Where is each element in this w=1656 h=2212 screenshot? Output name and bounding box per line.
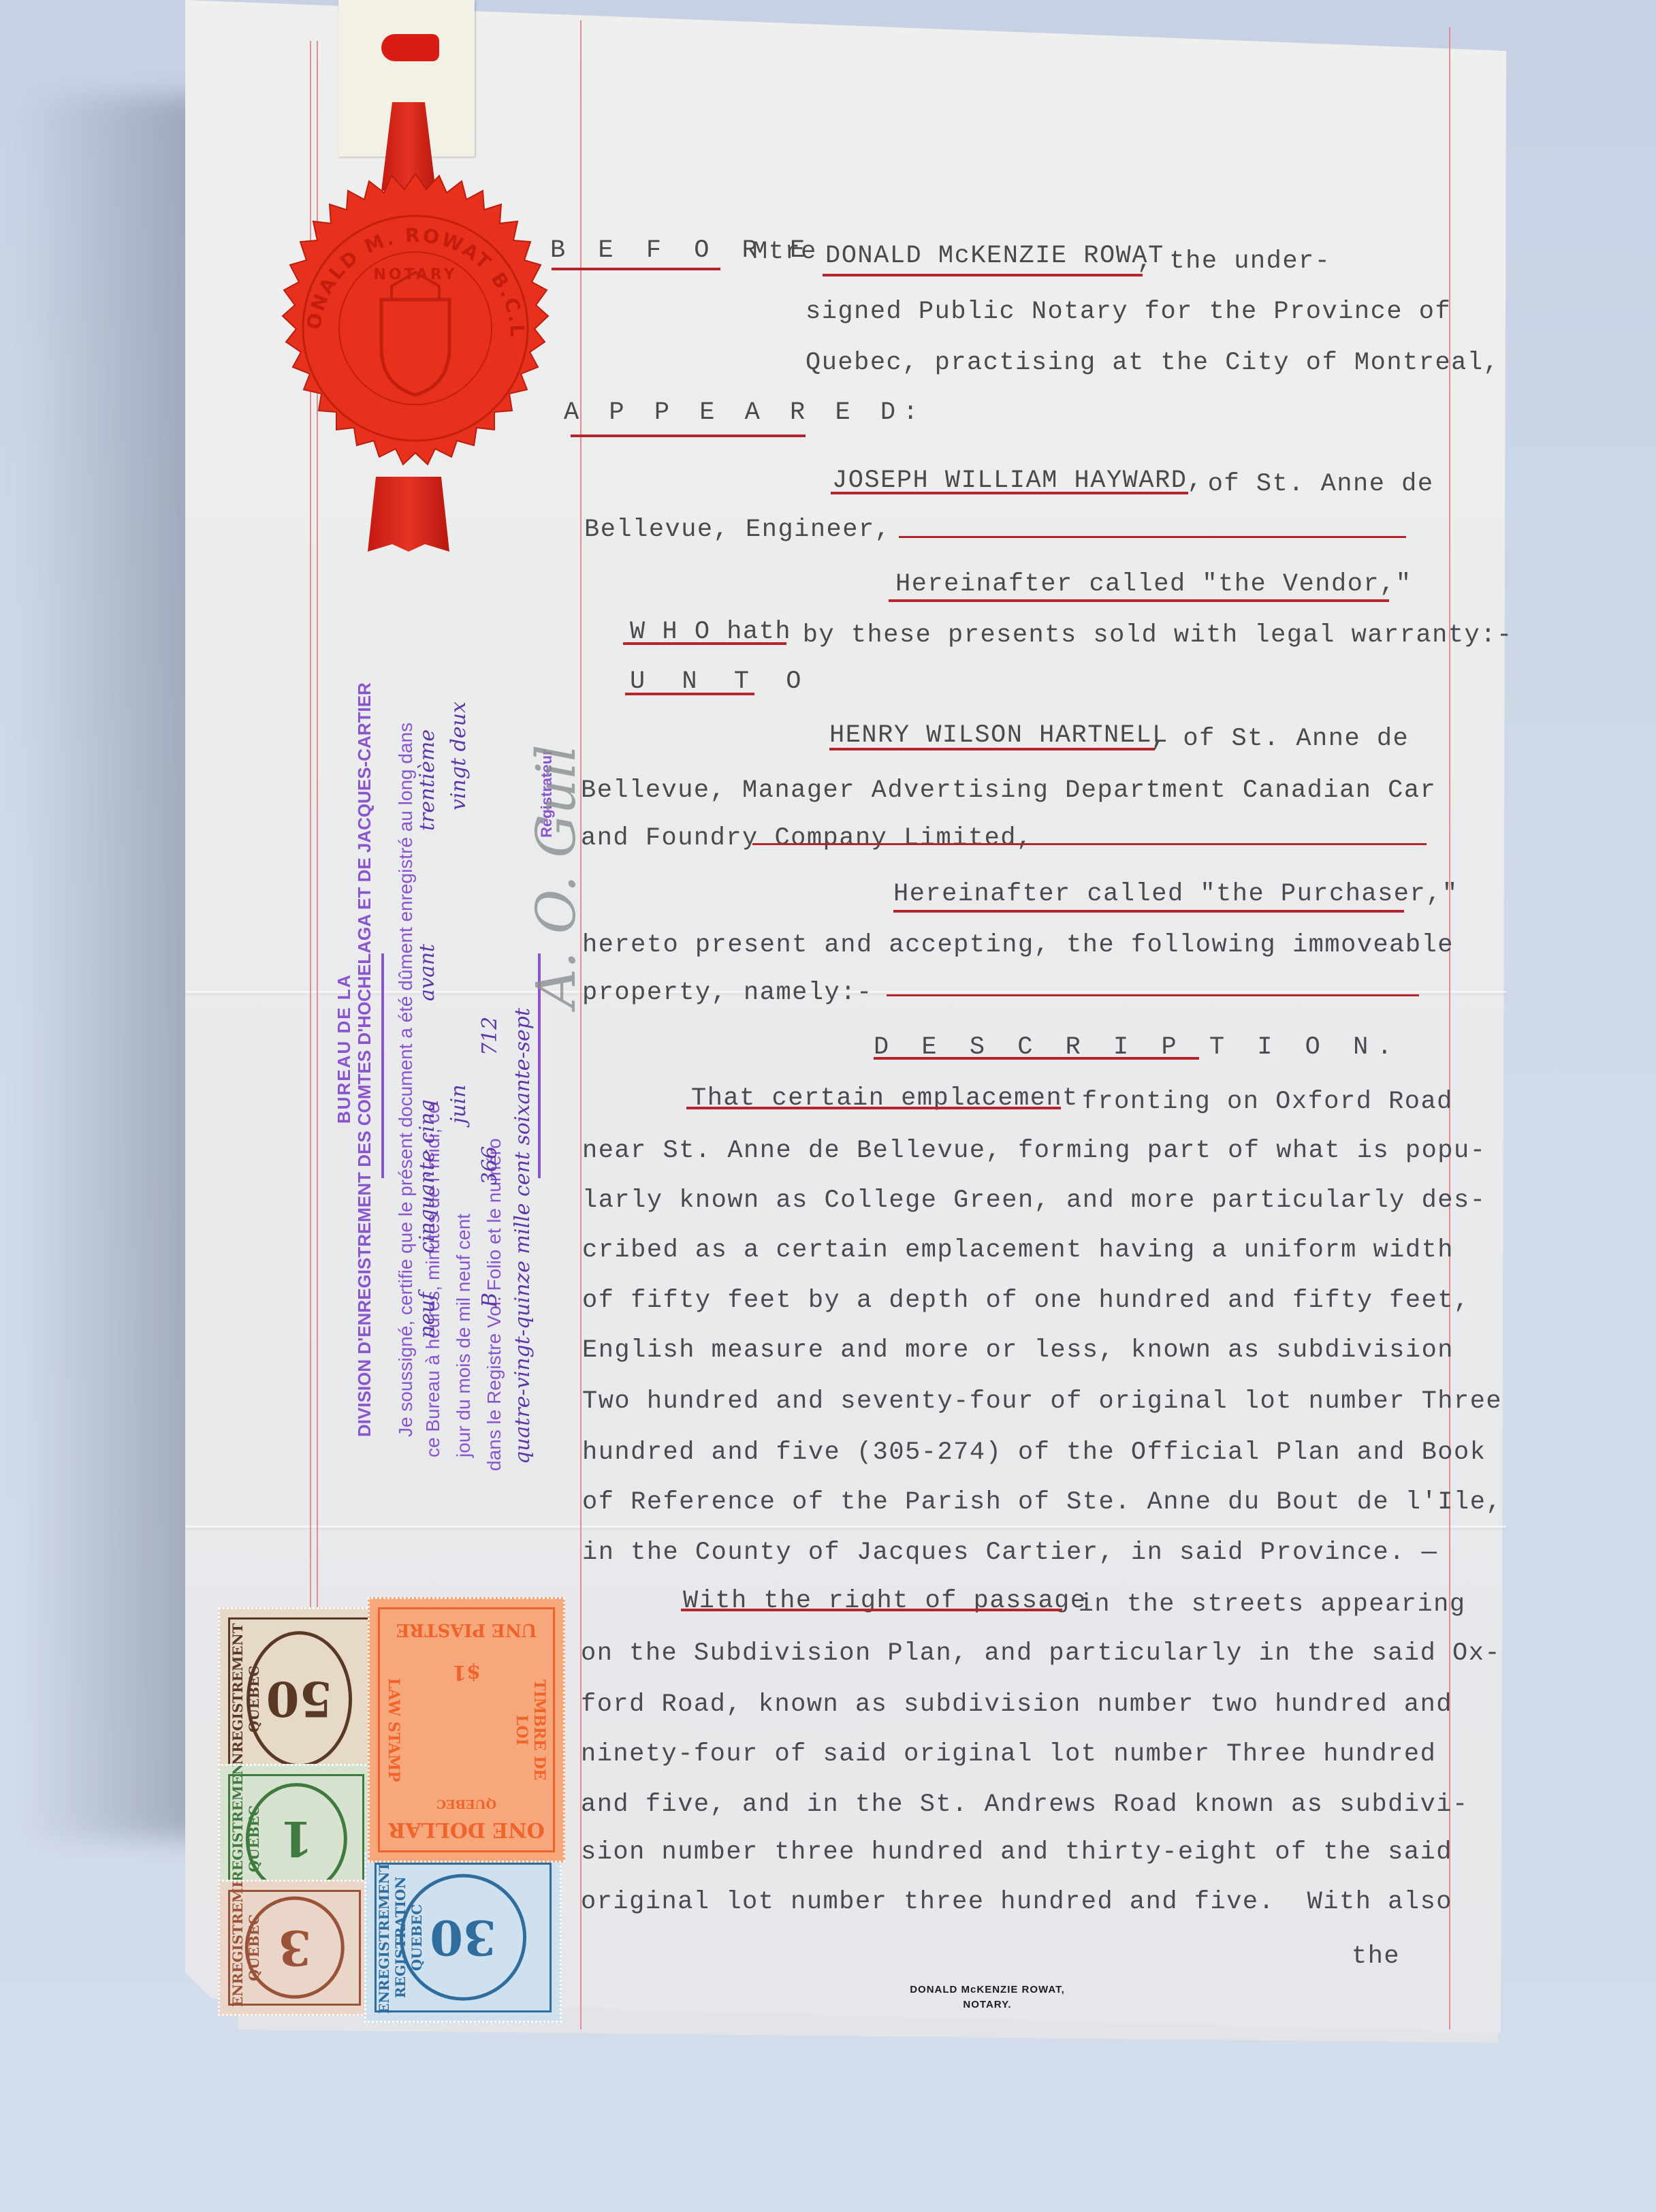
desc-line: fronting on Oxford Road bbox=[1066, 1090, 1453, 1115]
who-label: W H O hath bbox=[630, 620, 791, 645]
hand-minutes: cinquante cinq bbox=[415, 1099, 439, 1253]
purchaser-called: Hereinafter called "the Purchaser," bbox=[893, 882, 1459, 907]
catchword: the bbox=[1352, 1944, 1400, 1970]
registry-date-line: jour du mois de mil neuf cent bbox=[453, 1214, 475, 1457]
description-underline bbox=[874, 1057, 1199, 1060]
purchaser-name-underline bbox=[829, 748, 1155, 750]
vendor-line2: Bellevue, Engineer, bbox=[584, 518, 891, 543]
notary-prefix: Mtre bbox=[752, 240, 817, 265]
registry-cert-line: Je soussigné, certifie que le présent do… bbox=[395, 723, 417, 1437]
desc-line: cribed as a certain emplacement having a… bbox=[582, 1238, 1454, 1263]
desc-line: Two hundred and seventy-four of original… bbox=[582, 1389, 1502, 1415]
stamp-rule bbox=[381, 953, 384, 1178]
hand-register: B bbox=[478, 1293, 502, 1308]
vendor-rest: of St. Anne de bbox=[1192, 472, 1434, 497]
purchaser-rest: , of St. Anne de bbox=[1151, 727, 1409, 752]
revenue-stamp-30c: ENREGISTREMENT REGISTRATION QUEBEC 30 bbox=[364, 1852, 562, 2023]
before-underline bbox=[552, 268, 720, 270]
passage-line: ford Road, known as subdivision number t… bbox=[581, 1692, 1452, 1718]
svg-text:NOTARY: NOTARY bbox=[373, 266, 457, 283]
accept-line1: hereto present and accepting, the follow… bbox=[582, 933, 1454, 958]
purchaser-called-underline bbox=[893, 910, 1404, 913]
vendor-name: JOSEPH WILLIAM HAYWARD, bbox=[832, 469, 1203, 494]
vendor-called-underline bbox=[889, 599, 1389, 602]
registrar-pencil-signature: A. O. Guil bbox=[524, 744, 588, 1008]
revenue-stamp-3c: ENREGISTREMENT QUEBEC 3 bbox=[218, 1880, 371, 2016]
desc-line: in the County of Jacques Cartier, in sai… bbox=[582, 1540, 1437, 1566]
passage-line: sion number three hundred and thirty-eig… bbox=[581, 1840, 1452, 1865]
hand-number: quatre-vingt-quinze mille cent soixante-… bbox=[511, 1008, 535, 1464]
passage-line: ninety-four of said original lot number … bbox=[581, 1742, 1436, 1767]
purchaser-line2: Bellevue, Manager Advertising Department… bbox=[581, 778, 1436, 804]
passage-line: and five, and in the St. Andrews Road kn… bbox=[581, 1792, 1469, 1818]
appeared-label: A P P E A R E D: bbox=[564, 400, 925, 426]
registry-office: BUREAU DE LA bbox=[334, 974, 355, 1124]
fill-line bbox=[899, 536, 1406, 538]
fill-line bbox=[887, 994, 1419, 996]
passage-line: original lot number three hundred and fi… bbox=[581, 1890, 1452, 1915]
law-stamp-one-dollar: UNE PIASTRE ONE DOLLAR LAW STAMP TIMBRE … bbox=[368, 1597, 565, 1863]
hand-year: vingt deux bbox=[447, 701, 471, 810]
desc-lead-underline bbox=[686, 1107, 1061, 1109]
footer-notary-title: NOTARY. bbox=[885, 1999, 1089, 2010]
notary-name-underline bbox=[823, 274, 1143, 276]
right-margin-rule bbox=[1449, 27, 1450, 2029]
body-line: signed Public Notary for the Province of bbox=[806, 300, 1451, 325]
accept-line2: property, namely:- bbox=[582, 981, 873, 1006]
purchaser-name: HENRY WILSON HARTNELL bbox=[829, 723, 1168, 748]
purchaser-line3: and Foundry Company Limited, bbox=[581, 826, 1033, 851]
passage-line: on the Subdivision Plan, and particularl… bbox=[581, 1641, 1501, 1666]
hand-day: trentième bbox=[415, 729, 439, 831]
body-line: Quebec, practising at the City of Montre… bbox=[806, 351, 1499, 376]
appeared-underline bbox=[571, 434, 806, 437]
desc-line: English measure and more or less, known … bbox=[582, 1338, 1454, 1363]
hand-volume: 366 bbox=[478, 1146, 502, 1185]
who-underline bbox=[623, 642, 786, 645]
hand-hours: neuf bbox=[415, 1293, 439, 1339]
unto-label: U N T O bbox=[630, 669, 812, 695]
seal-icon: DONALD M. ROWAT B.C.L. NOTARY bbox=[245, 170, 586, 504]
footer-notary-name: DONALD McKENZIE ROWAT, bbox=[885, 1984, 1089, 1995]
desc-line: of Reference of the Parish of Ste. Anne … bbox=[582, 1490, 1502, 1515]
who-rest: by these presents sold with legal warran… bbox=[786, 623, 1513, 648]
passage-lead-underline bbox=[681, 1609, 1062, 1611]
desc-line: near St. Anne de Bellevue, forming part … bbox=[582, 1139, 1486, 1164]
fold-line bbox=[185, 1526, 1506, 1528]
desc-line: of fifty feet by a depth of one hundred … bbox=[582, 1289, 1470, 1314]
vendor-name-underline bbox=[831, 492, 1188, 494]
notary-wax-seal: DONALD M. ROWAT B.C.L. NOTARY bbox=[245, 170, 586, 504]
hand-month: juin bbox=[447, 1084, 471, 1124]
notary-name: DONALD McKENZIE ROWAT bbox=[825, 244, 1164, 269]
ribbon-loop bbox=[381, 34, 439, 61]
passage-line: in the streets appearing bbox=[1062, 1592, 1466, 1617]
hand-folio: 712 bbox=[478, 1017, 502, 1056]
hand-noon: avant bbox=[415, 944, 439, 1001]
line1-rest: , the under- bbox=[1137, 249, 1331, 274]
vendor-called: Hereinafter called "the Vendor," bbox=[895, 572, 1412, 597]
fill-line bbox=[752, 843, 1427, 845]
desc-line: larly known as College Green, and more p… bbox=[582, 1188, 1486, 1214]
registry-division: DIVISION D'ENREGISTREMENT DES COMTES D'H… bbox=[354, 682, 375, 1437]
unto-underline bbox=[625, 693, 754, 695]
desc-line: hundred and five (305-274) of the Offici… bbox=[582, 1440, 1486, 1466]
